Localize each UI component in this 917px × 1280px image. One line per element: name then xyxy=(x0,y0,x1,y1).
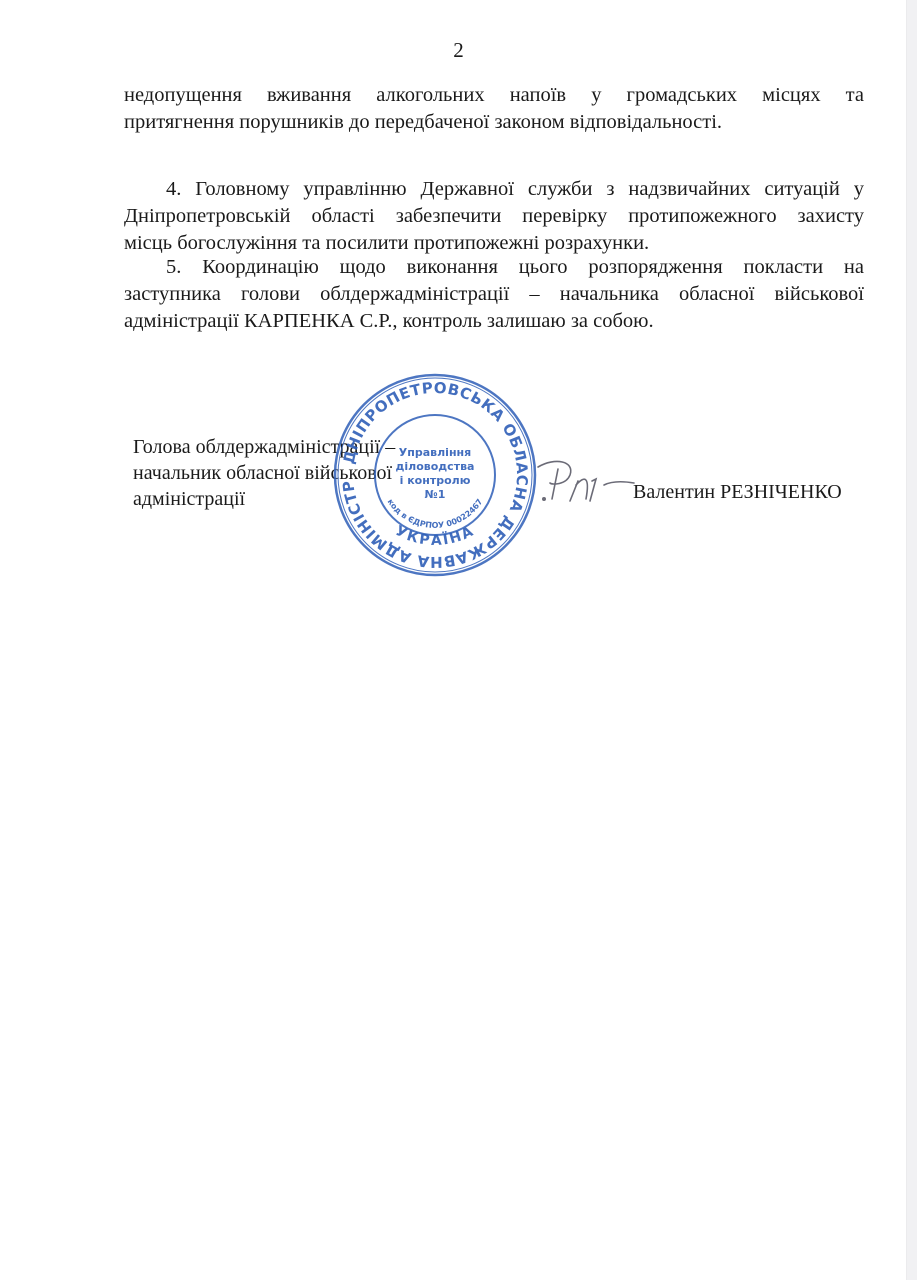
handwritten-signature-icon xyxy=(530,455,640,515)
svg-text:і контролю: і контролю xyxy=(400,474,471,487)
text-line: заступника голови облдержадміністрації –… xyxy=(124,281,864,308)
text-line: адміністрації КАРПЕНКА С.Р., контроль за… xyxy=(124,308,864,335)
text-line: недопущення вживання алкогольних напоїв … xyxy=(124,82,864,109)
page-number: 2 xyxy=(0,38,917,63)
signatory-name: Валентин РЕЗНІЧЕНКО xyxy=(633,481,842,504)
scrollbar-edge xyxy=(906,0,917,1280)
text-line: місць богослужіння та посилити протипоже… xyxy=(124,230,864,257)
official-stamp-icon: ДНІПРОПЕТРОВСЬКА ОБЛАСНА ДЕРЖАВНА АДМІНІ… xyxy=(330,370,540,580)
text-line: Дніпропетровській області забезпечити пе… xyxy=(124,203,864,230)
svg-text:№1: №1 xyxy=(425,488,446,501)
svg-text:діловодства: діловодства xyxy=(396,460,475,473)
text-line: притягнення порушників до передбаченої з… xyxy=(124,109,864,136)
text-line: 5. Координацію щодо виконання цього розп… xyxy=(124,254,864,281)
svg-text:Управління: Управління xyxy=(399,446,471,459)
paragraph-item-5: 5. Координацію щодо виконання цього розп… xyxy=(124,254,864,335)
paragraph-continuation: недопущення вживання алкогольних напоїв … xyxy=(124,82,864,136)
paragraph-item-4: 4. Головному управлінню Державної служби… xyxy=(124,176,864,257)
text-line: 4. Головному управлінню Державної служби… xyxy=(124,176,864,203)
